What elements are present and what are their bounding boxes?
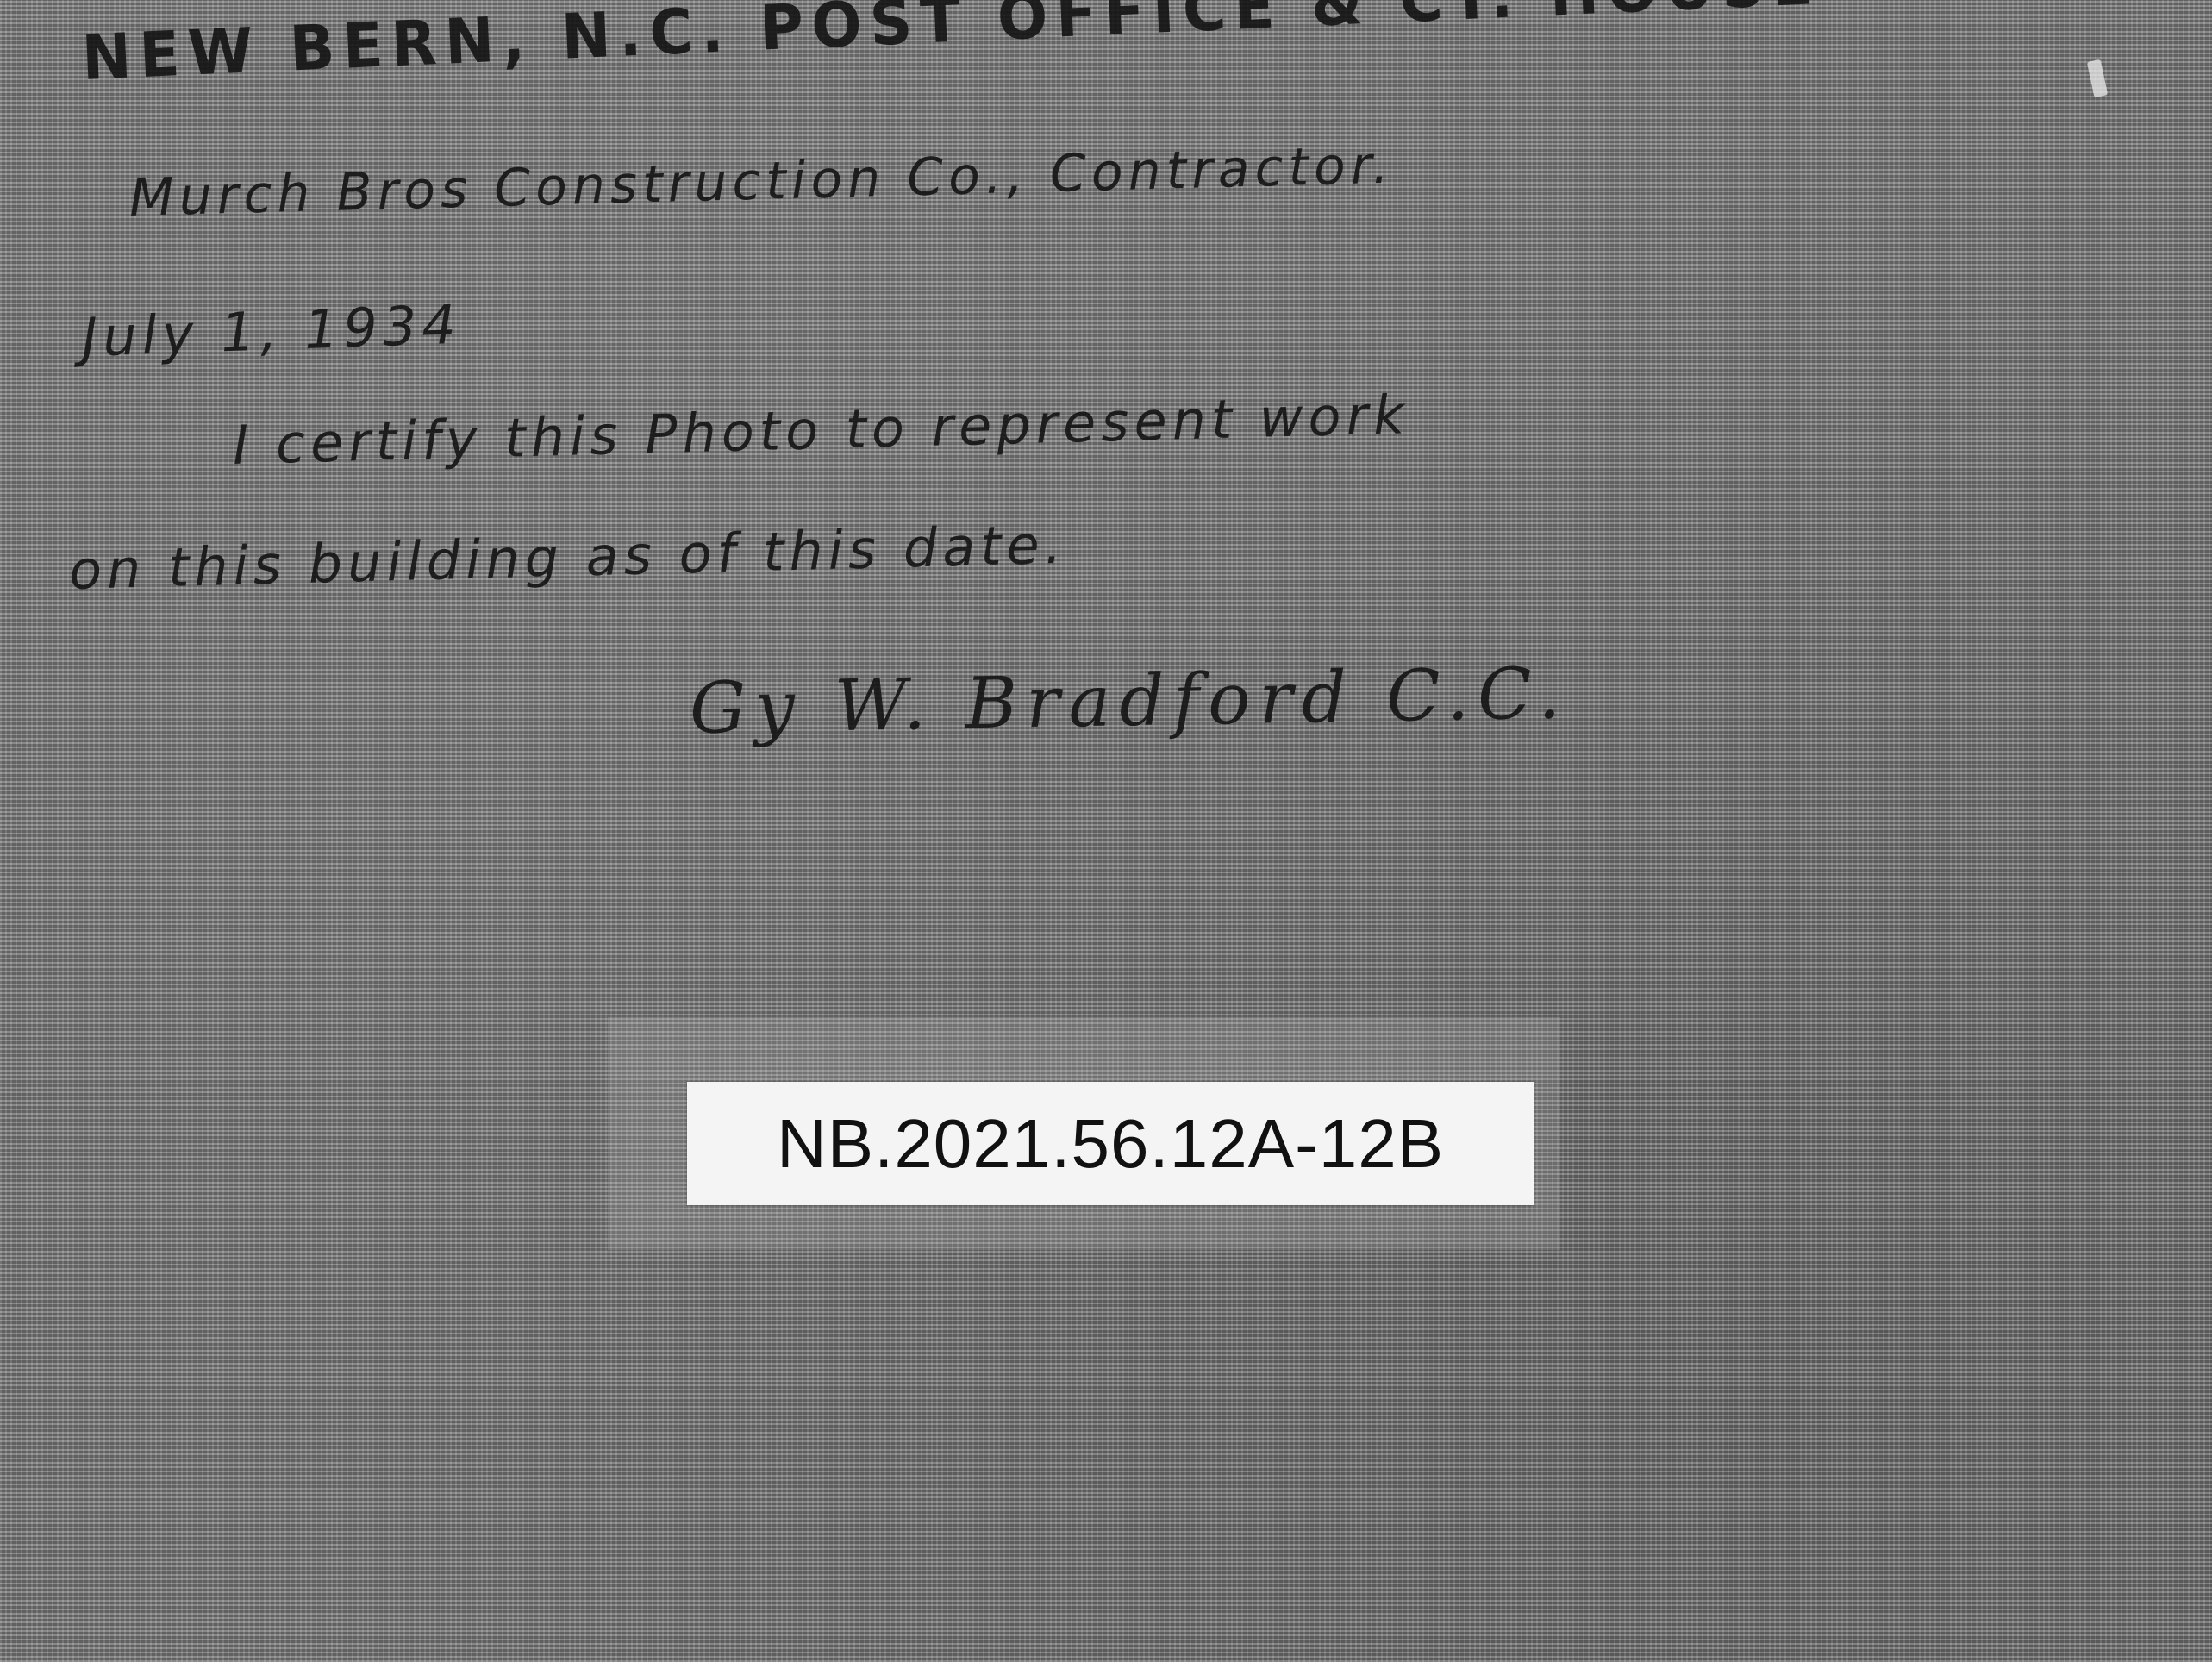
accession-number: NB.2021.56.12A-12B	[777, 1104, 1444, 1184]
signature: Gy W. Bradford C.C.	[689, 653, 1570, 750]
handwritten-date: July 1, 1934	[81, 293, 462, 369]
linen-background	[0, 0, 2212, 1662]
accession-label: NB.2021.56.12A-12B	[687, 1082, 1534, 1205]
